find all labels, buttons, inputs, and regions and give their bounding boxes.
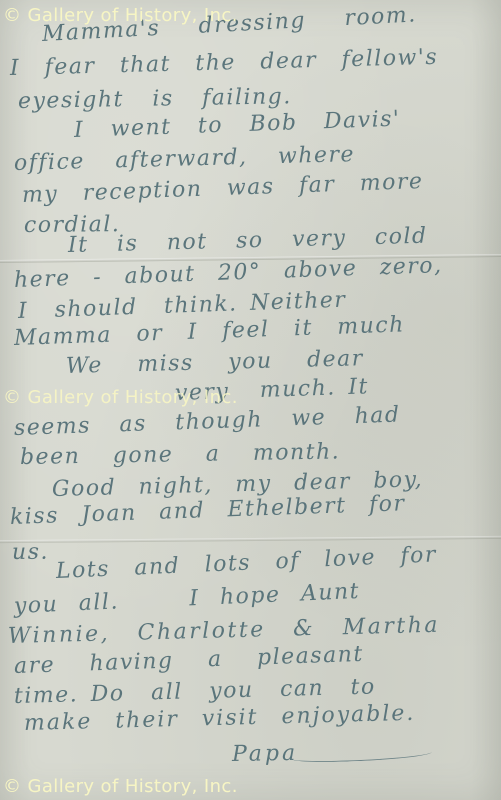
signature-papa: Papa bbox=[232, 741, 299, 768]
handwriting-line: eyesight is failing. bbox=[18, 84, 292, 115]
handwriting-line: you all. I hope Aunt bbox=[13, 579, 360, 620]
handwriting-line: been gone a month. bbox=[20, 439, 341, 471]
handwriting-line: I fear that the dear fellow's bbox=[10, 45, 439, 82]
handwriting-line: very much. It bbox=[175, 374, 370, 407]
handwriting-line: It is not so very cold bbox=[68, 224, 428, 259]
signature-flourish-stroke bbox=[292, 748, 432, 764]
handwriting-line: Lots and lots of love for bbox=[55, 542, 437, 585]
handwriting-line: Mamma's dressing room. bbox=[41, 2, 417, 48]
handwriting-line: seems as though we had bbox=[14, 403, 401, 442]
watermark-bottom: © Gallery of History, Inc. bbox=[3, 776, 238, 797]
handwriting-line: Winnie, Charlotte & Martha bbox=[8, 613, 441, 650]
handwriting-line: us. bbox=[12, 540, 49, 566]
letter-scan-page: Mamma's dressing room.I fear that the de… bbox=[0, 0, 501, 800]
handwriting-line: here - about 20° above zero, bbox=[14, 253, 443, 294]
handwriting-line: office afterward, where bbox=[14, 142, 356, 177]
